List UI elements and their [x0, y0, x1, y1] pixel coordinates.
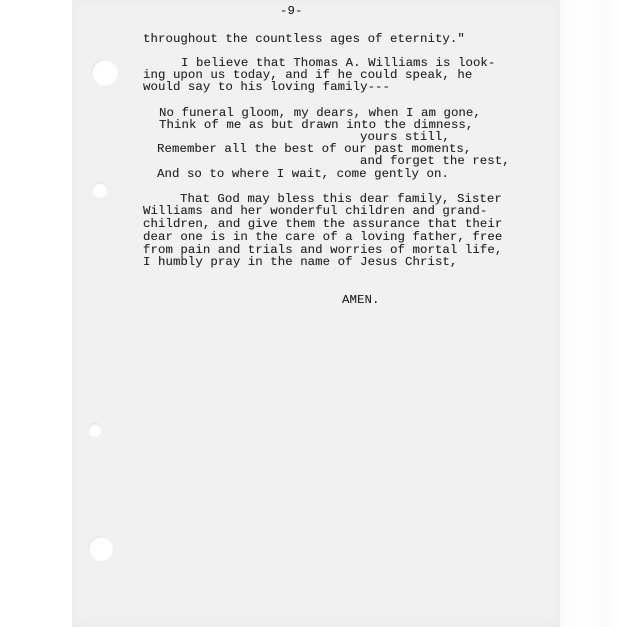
closing-amen: AMEN.: [342, 294, 379, 306]
paragraph2-line: dear one is in the care of a loving fath…: [143, 231, 502, 243]
page-number: -9-: [280, 5, 302, 17]
poem-line: And so to where I wait, come gently on.: [157, 168, 449, 180]
paragraph2-line: children, and give them the assurance th…: [143, 218, 502, 230]
punch-hole-top: [91, 59, 118, 86]
paragraph1-line: would say to his loving family---: [143, 81, 390, 93]
scanner-background-strip: [560, 0, 620, 627]
punch-hole-notch-upper: [92, 182, 108, 198]
paragraph2-line: I humbly pray in the name of Jesus Chris…: [143, 256, 457, 268]
opening-line: throughout the countless ages of eternit…: [143, 33, 465, 45]
poem-line: and forget the rest,: [360, 155, 510, 167]
paragraph2-line: Williams and her wonderful children and …: [143, 205, 487, 217]
punch-hole-bottom: [88, 536, 113, 561]
typewritten-page: [72, 0, 560, 627]
punch-hole-notch-lower: [88, 423, 102, 437]
